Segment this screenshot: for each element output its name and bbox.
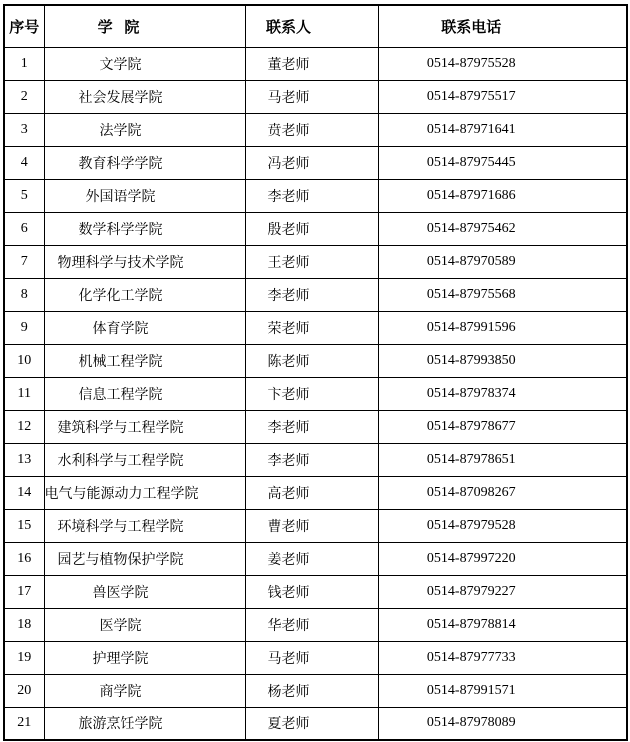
cell-index: 19 — [4, 641, 44, 674]
table-row: 13水利科学与工程学院李老师0514-87978651 — [4, 443, 627, 476]
cell-college: 教育科学学院 — [44, 146, 245, 179]
cell-phone: 0514-87978651 — [378, 443, 627, 476]
cell-index: 10 — [4, 344, 44, 377]
cell-phone: 0514-87991571 — [378, 674, 627, 707]
table-row: 7物理科学与技术学院王老师0514-87970589 — [4, 245, 627, 278]
cell-phone: 0514-87098267 — [378, 476, 627, 509]
cell-college: 医学院 — [44, 608, 245, 641]
cell-phone: 0514-87975462 — [378, 212, 627, 245]
cell-index: 16 — [4, 542, 44, 575]
cell-contact: 杨老师 — [245, 674, 378, 707]
table-row: 8化学化工学院李老师0514-87975568 — [4, 278, 627, 311]
cell-contact: 冯老师 — [245, 146, 378, 179]
cell-index: 20 — [4, 674, 44, 707]
cell-phone: 0514-87979227 — [378, 575, 627, 608]
cell-college: 法学院 — [44, 113, 245, 146]
cell-phone: 0514-87993850 — [378, 344, 627, 377]
cell-phone: 0514-87975528 — [378, 47, 627, 80]
cell-index: 18 — [4, 608, 44, 641]
table-row: 12建筑科学与工程学院李老师0514-87978677 — [4, 410, 627, 443]
cell-phone: 0514-87971641 — [378, 113, 627, 146]
cell-index: 8 — [4, 278, 44, 311]
table-body: 1文学院董老师0514-879755282社会发展学院马老师0514-87975… — [4, 47, 627, 740]
cell-college: 环境科学与工程学院 — [44, 509, 245, 542]
college-contact-table: 序号 学 院 联系人 联系电话 1文学院董老师0514-879755282社会发… — [3, 4, 628, 741]
cell-phone: 0514-87970589 — [378, 245, 627, 278]
cell-phone: 0514-87997220 — [378, 542, 627, 575]
cell-phone: 0514-87978677 — [378, 410, 627, 443]
cell-college: 护理学院 — [44, 641, 245, 674]
cell-college: 信息工程学院 — [44, 377, 245, 410]
cell-contact: 夏老师 — [245, 707, 378, 740]
cell-contact: 曹老师 — [245, 509, 378, 542]
table-row: 2社会发展学院马老师0514-87975517 — [4, 80, 627, 113]
cell-index: 17 — [4, 575, 44, 608]
header-college: 学 院 — [44, 5, 245, 47]
cell-college: 旅游烹饪学院 — [44, 707, 245, 740]
table-row: 18医学院华老师0514-87978814 — [4, 608, 627, 641]
cell-college: 体育学院 — [44, 311, 245, 344]
cell-contact: 马老师 — [245, 641, 378, 674]
cell-college: 园艺与植物保护学院 — [44, 542, 245, 575]
cell-phone: 0514-87975568 — [378, 278, 627, 311]
cell-phone: 0514-87978374 — [378, 377, 627, 410]
cell-phone: 0514-87991596 — [378, 311, 627, 344]
cell-college: 外国语学院 — [44, 179, 245, 212]
header-phone: 联系电话 — [378, 5, 627, 47]
cell-contact: 卞老师 — [245, 377, 378, 410]
table-row: 11信息工程学院卞老师0514-87978374 — [4, 377, 627, 410]
table-row: 20商学院杨老师0514-87991571 — [4, 674, 627, 707]
cell-contact: 高老师 — [245, 476, 378, 509]
cell-index: 1 — [4, 47, 44, 80]
cell-contact: 姜老师 — [245, 542, 378, 575]
table-row: 6数学科学学院殷老师0514-87975462 — [4, 212, 627, 245]
cell-contact: 董老师 — [245, 47, 378, 80]
table-row: 14电气与能源动力工程学院高老师0514-87098267 — [4, 476, 627, 509]
cell-phone: 0514-87977733 — [378, 641, 627, 674]
cell-contact: 王老师 — [245, 245, 378, 278]
cell-index: 13 — [4, 443, 44, 476]
cell-college: 化学化工学院 — [44, 278, 245, 311]
cell-contact: 钱老师 — [245, 575, 378, 608]
cell-phone: 0514-87975445 — [378, 146, 627, 179]
cell-college: 建筑科学与工程学院 — [44, 410, 245, 443]
cell-index: 15 — [4, 509, 44, 542]
cell-college: 社会发展学院 — [44, 80, 245, 113]
table-row: 3法学院贲老师0514-87971641 — [4, 113, 627, 146]
cell-contact: 陈老师 — [245, 344, 378, 377]
table-row: 15环境科学与工程学院曹老师0514-87979528 — [4, 509, 627, 542]
table-row: 10机械工程学院陈老师0514-87993850 — [4, 344, 627, 377]
cell-contact: 华老师 — [245, 608, 378, 641]
cell-index: 12 — [4, 410, 44, 443]
cell-contact: 李老师 — [245, 410, 378, 443]
header-contact: 联系人 — [245, 5, 378, 47]
cell-index: 2 — [4, 80, 44, 113]
table-row: 9体育学院荣老师0514-87991596 — [4, 311, 627, 344]
cell-contact: 殷老师 — [245, 212, 378, 245]
cell-index: 4 — [4, 146, 44, 179]
cell-college: 商学院 — [44, 674, 245, 707]
table-row: 21旅游烹饪学院夏老师0514-87978089 — [4, 707, 627, 740]
cell-index: 7 — [4, 245, 44, 278]
cell-index: 6 — [4, 212, 44, 245]
cell-contact: 贲老师 — [245, 113, 378, 146]
table-row: 4教育科学学院冯老师0514-87975445 — [4, 146, 627, 179]
cell-contact: 李老师 — [245, 443, 378, 476]
cell-phone: 0514-87978089 — [378, 707, 627, 740]
cell-college: 水利科学与工程学院 — [44, 443, 245, 476]
cell-contact: 李老师 — [245, 278, 378, 311]
table-header: 序号 学 院 联系人 联系电话 — [4, 5, 627, 47]
table-row: 16园艺与植物保护学院姜老师0514-87997220 — [4, 542, 627, 575]
cell-college: 电气与能源动力工程学院 — [44, 476, 245, 509]
cell-phone: 0514-87975517 — [378, 80, 627, 113]
cell-index: 3 — [4, 113, 44, 146]
cell-contact: 马老师 — [245, 80, 378, 113]
cell-phone: 0514-87978814 — [378, 608, 627, 641]
cell-contact: 李老师 — [245, 179, 378, 212]
cell-phone: 0514-87979528 — [378, 509, 627, 542]
cell-index: 9 — [4, 311, 44, 344]
cell-index: 5 — [4, 179, 44, 212]
cell-index: 21 — [4, 707, 44, 740]
cell-phone: 0514-87971686 — [378, 179, 627, 212]
cell-college: 数学科学学院 — [44, 212, 245, 245]
cell-index: 11 — [4, 377, 44, 410]
table-row: 5外国语学院李老师0514-87971686 — [4, 179, 627, 212]
cell-college: 机械工程学院 — [44, 344, 245, 377]
cell-contact: 荣老师 — [245, 311, 378, 344]
table-row: 17兽医学院钱老师0514-87979227 — [4, 575, 627, 608]
cell-college: 文学院 — [44, 47, 245, 80]
cell-college: 物理科学与技术学院 — [44, 245, 245, 278]
cell-index: 14 — [4, 476, 44, 509]
header-index: 序号 — [4, 5, 44, 47]
table-row: 1文学院董老师0514-87975528 — [4, 47, 627, 80]
header-row: 序号 学 院 联系人 联系电话 — [4, 5, 627, 47]
cell-college: 兽医学院 — [44, 575, 245, 608]
table-row: 19护理学院马老师0514-87977733 — [4, 641, 627, 674]
